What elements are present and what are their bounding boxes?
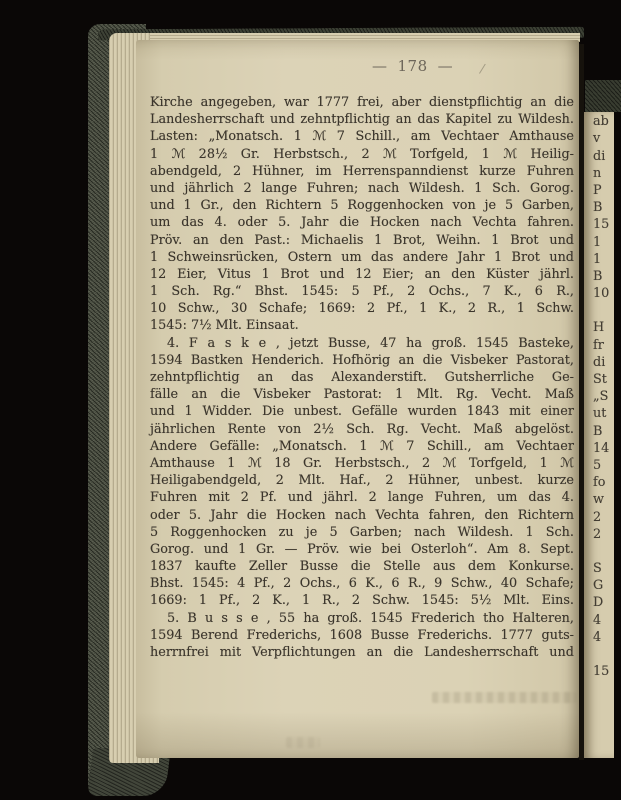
show-through-mark <box>286 737 320 748</box>
page-text: Kirche angegeben, war 1777 frei, aber di… <box>150 94 574 661</box>
text-fragment: B <box>593 199 614 216</box>
text-fragment: St <box>593 371 614 388</box>
text-line: 1837 kaufte Zeller Busse die Stelle aus … <box>150 558 574 575</box>
text-fragment: fr <box>593 337 614 354</box>
text-fragment: 2 <box>593 526 614 543</box>
book-page: —178— / Kirche angegeben, war 1777 frei,… <box>136 40 579 758</box>
text-line: 1594 Bastken Henderich. Hofhörig an die … <box>150 352 574 369</box>
text-line: 1545: 7½ Mlt. Einsaat. <box>150 317 574 334</box>
text-line: oder 5. Jahr die Hocken nach Vechta fahr… <box>150 507 574 524</box>
text-line: Amthause 1 ℳ 18 Gr. Herbstsch., 2 ℳ Torf… <box>150 455 574 472</box>
text-fragment <box>593 302 614 319</box>
text-line: herrnfrei mit Verpflichtungen an die Lan… <box>150 644 574 661</box>
text-fragment: di <box>593 354 614 371</box>
text-fragment: 1 <box>593 251 614 268</box>
text-fragment: 2 <box>593 509 614 526</box>
header-dash-left: — <box>372 57 388 75</box>
text-fragment: di <box>593 148 614 165</box>
text-line: fälle an die Visbeker Pastorat: 1 Mlt. R… <box>150 386 574 403</box>
text-line: Gorog. und 1 Gr. — Pröv. wie bei Osterlo… <box>150 541 574 558</box>
text-line: Heiligabendgeld, 2 Mlt. Haf., 2 Hühner, … <box>150 472 574 489</box>
text-line: 1 Sch. Rg.“ Bhst. 1545: 5 Pf., 2 Ochs., … <box>150 283 574 300</box>
text-line: Kirche angegeben, war 1777 frei, aber di… <box>150 94 574 111</box>
text-fragment: 14 <box>593 440 614 457</box>
book-cover-corner-right <box>585 80 621 112</box>
facing-page-text-fragments: aabvdinPB1511B10HfrdiSt„SutB145fow22SGD4… <box>593 112 614 680</box>
facing-page-sliver: aabvdinPB1511B10HfrdiSt„SutB145fow22SGD4… <box>584 112 614 758</box>
page-header: —178— / <box>372 57 502 75</box>
text-line: um das 4. oder 5. Jahr die Hocken nach V… <box>150 214 574 231</box>
text-line: abendgeld, 2 Hühner, im Herrenspanndiens… <box>150 163 574 180</box>
text-line: Pröv. an den Past.: Michaelis 1 Brot, We… <box>150 232 574 249</box>
text-line: Landesherrschaft und zehntpflichtig an d… <box>150 111 574 128</box>
text-fragment: 5 <box>593 457 614 474</box>
text-fragment: 10 <box>593 285 614 302</box>
header-dash-right: — <box>438 57 454 75</box>
text-line: Lasten: „Monatsch. 1 ℳ 7 Schill., am Vec… <box>150 128 574 145</box>
text-line: jährlichen Rente von 2½ Sch. Rg. Vecht. … <box>150 421 574 438</box>
text-line: Bhst. 1545: 4 Pf., 2 Ochs., 6 K., 6 R., … <box>150 575 574 592</box>
text-line: 5 Roggenhocken zu je 5 Garben; nach Wild… <box>150 524 574 541</box>
text-fragment: S <box>593 560 614 577</box>
text-fragment: 15 <box>593 663 614 680</box>
text-fragment: 4 <box>593 629 614 646</box>
text-fragment: 15 <box>593 216 614 233</box>
text-fragment: 1 <box>593 234 614 251</box>
book-photo: —178— / Kirche angegeben, war 1777 frei,… <box>0 0 621 800</box>
text-fragment: „S <box>593 388 614 405</box>
text-line: 1594 Berend Frederichs, 1608 Busse Frede… <box>150 627 574 644</box>
text-line: Andere Gefälle: „Monatsch. 1 ℳ 7 Schill.… <box>150 438 574 455</box>
text-fragment <box>593 543 614 560</box>
text-line: 12 Eier, Vitus 1 Brot und 12 Eier; an de… <box>150 266 574 283</box>
text-line: 1669: 1 Pf., 2 K., 1 R., 2 Schw. 1545: 5… <box>150 592 574 609</box>
page-number: 178 <box>388 57 438 75</box>
text-fragment: v <box>593 130 614 147</box>
text-line: Fuhren mit 2 Pf. und jährl. 2 lange Fuhr… <box>150 489 574 506</box>
text-line: und jährlich 2 lange Fuhren; nach Wildes… <box>150 180 574 197</box>
text-fragment: w <box>593 491 614 508</box>
text-line: 4. F a s k e , jetzt Busse, 47 ha groß. … <box>150 335 574 352</box>
text-fragment: 4 <box>593 612 614 629</box>
text-fragment: P <box>593 182 614 199</box>
text-fragment: n <box>593 165 614 182</box>
text-fragment: H <box>593 319 614 336</box>
text-fragment: ab <box>593 113 614 130</box>
text-fragment: G <box>593 577 614 594</box>
text-line: zehntpflichtig an das Alexanderstift. Gu… <box>150 369 574 386</box>
stray-ink-mark: / <box>478 62 486 78</box>
text-fragment: D <box>593 594 614 611</box>
text-fragment: ut <box>593 405 614 422</box>
text-fragment: B <box>593 268 614 285</box>
text-fragment: fo <box>593 474 614 491</box>
text-line: und 1 Gr., den Richtern 5 Roggenhocken v… <box>150 197 574 214</box>
text-line: 1 ℳ 28½ Gr. Herbstsch., 2 ℳ Torfgeld, 1 … <box>150 146 574 163</box>
text-line: und 1 Widder. Die unbest. Gefälle wurden… <box>150 403 574 420</box>
show-through-mark <box>432 692 576 703</box>
text-fragment: B <box>593 423 614 440</box>
text-line: 5. B u s s e , 55 ha groß. 1545 Frederic… <box>150 610 574 627</box>
text-fragment <box>593 646 614 663</box>
text-line: 10 Schw., 30 Schafe; 1669: 2 Pf., 1 K., … <box>150 300 574 317</box>
text-line: 1 Schweinsrücken, Ostern um das andere J… <box>150 249 574 266</box>
